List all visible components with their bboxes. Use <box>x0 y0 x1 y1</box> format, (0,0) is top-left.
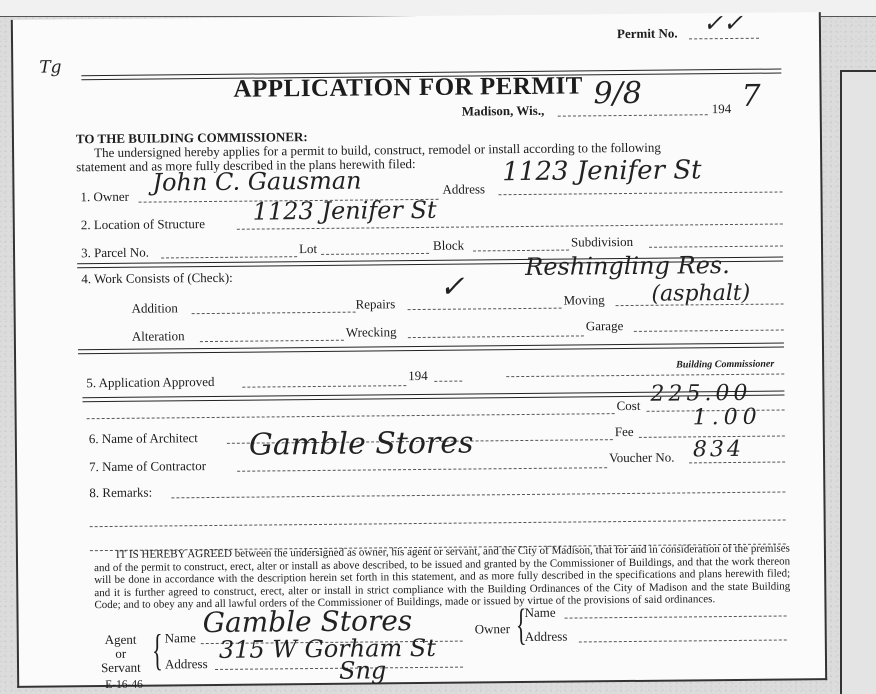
agent-name-label: Name <box>165 630 196 646</box>
wrecking-check-line[interactable] <box>408 334 584 338</box>
subdivision-label: Subdivision <box>571 234 633 251</box>
repairs-check-mark: ✓ <box>439 270 464 305</box>
agreement-paragraph: IT IS HEREBY AGREED between the undersig… <box>94 542 791 611</box>
owner-sign-label: Owner <box>475 621 511 637</box>
owner-name-label: Name <box>524 605 555 621</box>
commissioner-signature-line[interactable] <box>506 372 784 377</box>
commissioner-label: Building Commissioner <box>676 359 774 371</box>
voucher-value: 834 <box>693 437 744 462</box>
location-label: 2. Location of Structure <box>81 216 205 233</box>
agent-brace: { <box>152 630 163 670</box>
agent-initials: Sng <box>339 656 387 684</box>
owner-address-line[interactable] <box>579 638 787 642</box>
alteration-check-line[interactable] <box>200 339 344 342</box>
lot-label: Lot <box>299 241 317 257</box>
permit-no-line <box>689 37 759 40</box>
contractor-line[interactable] <box>237 466 607 472</box>
cost-label: Cost <box>616 398 640 414</box>
approved-line[interactable] <box>242 384 406 388</box>
approved-year-line[interactable] <box>434 380 462 382</box>
owner-label: 1. Owner <box>80 189 129 205</box>
date-value: 9/8 <box>593 76 642 111</box>
address-label: Address <box>442 181 485 197</box>
year-suffix: 7 <box>741 79 760 114</box>
address-value: 1123 Jenifer St <box>502 155 702 187</box>
permit-no-value: ✓✓ <box>703 9 743 37</box>
repairs-check-line[interactable] <box>408 307 562 310</box>
wrecking-label: Wrecking <box>346 324 397 340</box>
subdivision-line[interactable] <box>649 245 783 248</box>
block-line[interactable] <box>473 249 569 252</box>
work-note: Reshingling Res. <box>525 251 730 281</box>
remarks-line-1[interactable] <box>171 490 785 498</box>
owner-name-line[interactable] <box>565 614 787 618</box>
form-title: APPLICATION FOR PERMIT <box>233 72 583 103</box>
contractor-value: Gamble Stores <box>249 425 474 462</box>
margin-note: Tg <box>39 57 61 77</box>
location-value: 1123 Jenifer St <box>253 196 437 226</box>
approved-year: 194 <box>408 368 428 384</box>
date-line <box>558 113 708 116</box>
address-line[interactable] <box>498 191 782 196</box>
remarks-label: 8. Remarks: <box>89 485 152 502</box>
block-label: Block <box>433 238 464 254</box>
lot-line[interactable] <box>321 252 429 255</box>
permit-form: Tg Permit No. ✓✓ APPLICATION FOR PERMIT … <box>11 12 827 688</box>
addition-check-line[interactable] <box>192 311 356 315</box>
adjacent-sheet-edge <box>840 70 876 694</box>
garage-check-line[interactable] <box>634 328 784 331</box>
addition-label: Addition <box>132 300 178 316</box>
cost-leader-line <box>87 412 615 419</box>
permit-no-label: Permit No. <box>617 26 678 43</box>
fee-value: 1.00 <box>693 405 762 431</box>
parcel-label: 3. Parcel No. <box>81 245 149 262</box>
fee-label: Fee <box>615 424 634 440</box>
moving-label: Moving <box>563 292 604 308</box>
agent-address-value: 315 W Gorham St <box>219 634 436 664</box>
form-code: E-16-46 <box>105 679 143 691</box>
remarks-line-2[interactable] <box>90 518 786 527</box>
alteration-label: Alteration <box>132 328 185 345</box>
work-label: 4. Work Consists of (Check): <box>81 270 233 287</box>
owner-value: John C. Gausman <box>152 167 361 197</box>
repairs-label: Repairs <box>355 296 395 312</box>
agent-address-label: Address <box>165 656 208 672</box>
cost-value: 225.00 <box>650 381 751 407</box>
architect-label: 6. Name of Architect <box>89 430 198 447</box>
agent-label-line-3: Servant <box>101 661 141 675</box>
contractor-label: 7. Name of Contractor <box>89 458 206 475</box>
agent-servant-label: Agent or Servant <box>101 633 141 675</box>
garage-label: Garage <box>586 318 624 334</box>
approved-label: 5. Application Approved <box>86 374 214 391</box>
year-prefix: 194 <box>712 101 732 117</box>
voucher-label: Voucher No. <box>609 450 675 467</box>
place-label: Madison, Wis., <box>462 103 545 120</box>
owner-address-label: Address <box>525 629 568 645</box>
parcel-line[interactable] <box>161 255 297 258</box>
